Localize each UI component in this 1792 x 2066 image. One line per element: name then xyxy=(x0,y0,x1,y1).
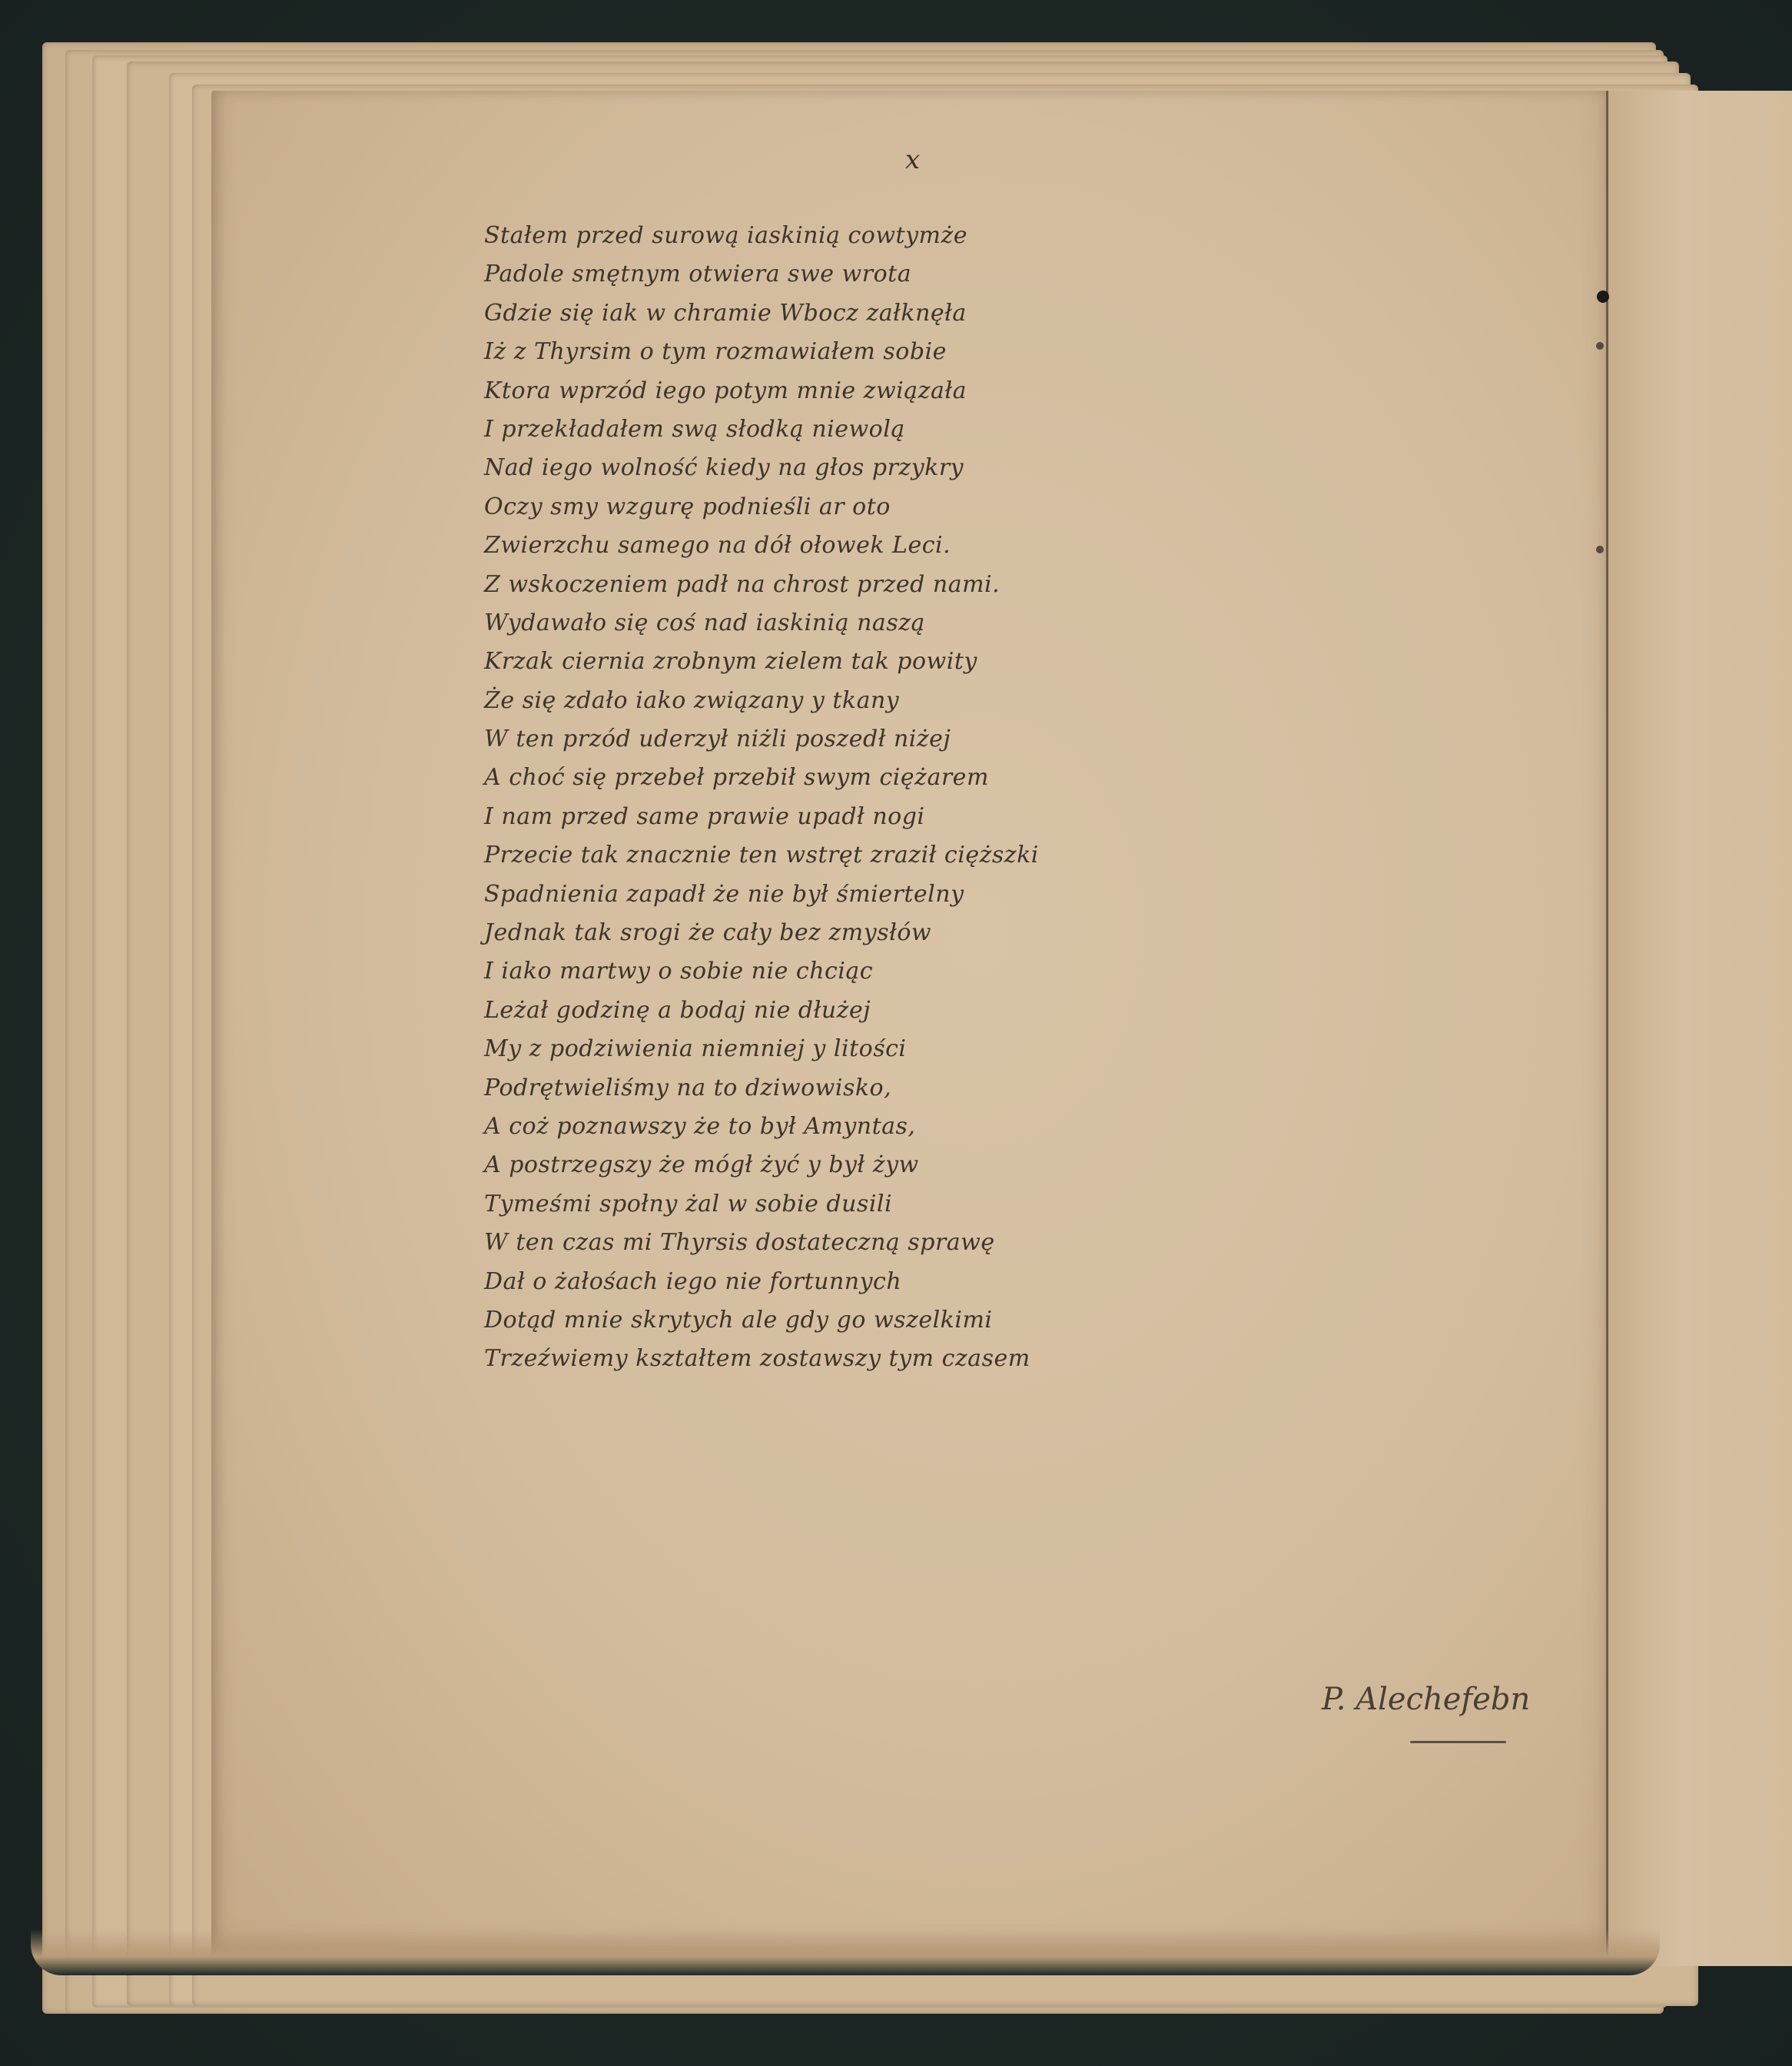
poem-line: Stałem przed surową iaskinią cowtymże xyxy=(484,217,1329,255)
poem-line: Oczy smy wzgurę podnieśli ar oto xyxy=(484,488,1329,526)
poem-line: Padole smętnym otwiera swe wrota xyxy=(484,255,1329,294)
poem-line: Ktora wprzód iego potym mnie związała xyxy=(484,372,1329,410)
poem-line: Nad iego wolność kiedy na głos przykry xyxy=(484,449,1329,487)
signature-underline xyxy=(1410,1741,1506,1743)
poem-text: Stałem przed surową iaskinią cowtymże Pa… xyxy=(484,217,1329,1379)
poem-line: Dotąd mnie skrytych ale gdy go wszelkimi xyxy=(484,1301,1329,1340)
poem-line: Dał o żałośach iego nie fortunnych xyxy=(484,1263,1329,1301)
poem-line: Jednak tak srogi że cały bez zmysłów xyxy=(484,914,1329,952)
worn-page-edge xyxy=(31,1929,1660,1975)
poem-line: A choć się przebeł przebił swym ciężarem xyxy=(484,759,1329,797)
poem-line: I przekładałem swą słodką niewolą xyxy=(484,410,1329,449)
poem-line: Trzeźwiemy kształtem zostawszy tym czase… xyxy=(484,1340,1329,1378)
poem-line: I iako martwy o sobie nie chciąc xyxy=(484,952,1329,991)
poem-line: Gdzie się iak w chramie Wbocz załknęła xyxy=(484,294,1329,333)
poem-line: Spadnienia zapadł że nie był śmiertelny xyxy=(484,875,1329,914)
poem-line: Z wskoczeniem padł na chrost przed nami. xyxy=(484,566,1329,604)
ink-blot-icon xyxy=(1597,291,1609,303)
poem-line: Wydawało się coś nad iaskinią naszą xyxy=(484,604,1329,643)
poem-line: A postrzegszy że mógł żyć y był żyw xyxy=(484,1146,1329,1184)
poem-line: Tymeśmi społny żal w sobie dusili xyxy=(484,1185,1329,1224)
author-signature: P. Alechefebn xyxy=(1322,1682,1530,1717)
poem-line: Podrętwieliśmy na to dziwowisko, xyxy=(484,1069,1329,1108)
folio-mark: x xyxy=(905,144,920,175)
facing-page-edge xyxy=(1606,91,1792,1966)
poem-line: Przecie tak znacznie ten wstręt zraził c… xyxy=(484,836,1329,875)
poem-line: I nam przed same prawie upadł nogi xyxy=(484,798,1329,836)
binding-stitch-icon xyxy=(1596,546,1604,553)
poem-line: A coż poznawszy że to był Amyntas, xyxy=(484,1108,1329,1146)
poem-line: Zwierzchu samego na dół ołowek Leci. xyxy=(484,526,1329,565)
binding-stitch-icon xyxy=(1596,342,1604,350)
poem-line: My z podziwienia niemniej y litości xyxy=(484,1030,1329,1068)
poem-line: Leżał godzinę a bodaj nie dłużej xyxy=(484,991,1329,1030)
poem-line: W ten czas mi Thyrsis dostateczną sprawę xyxy=(484,1224,1329,1262)
poem-line: Krzak ciernia zrobnym zielem tak powity xyxy=(484,643,1329,681)
poem-line: Że się zdało iako związany y tkany xyxy=(484,682,1329,720)
poem-line: Iż z Thyrsim o tym rozmawiałem sobie xyxy=(484,333,1329,371)
poem-line: W ten przód uderzył niżli poszedł niżej xyxy=(484,720,1329,759)
